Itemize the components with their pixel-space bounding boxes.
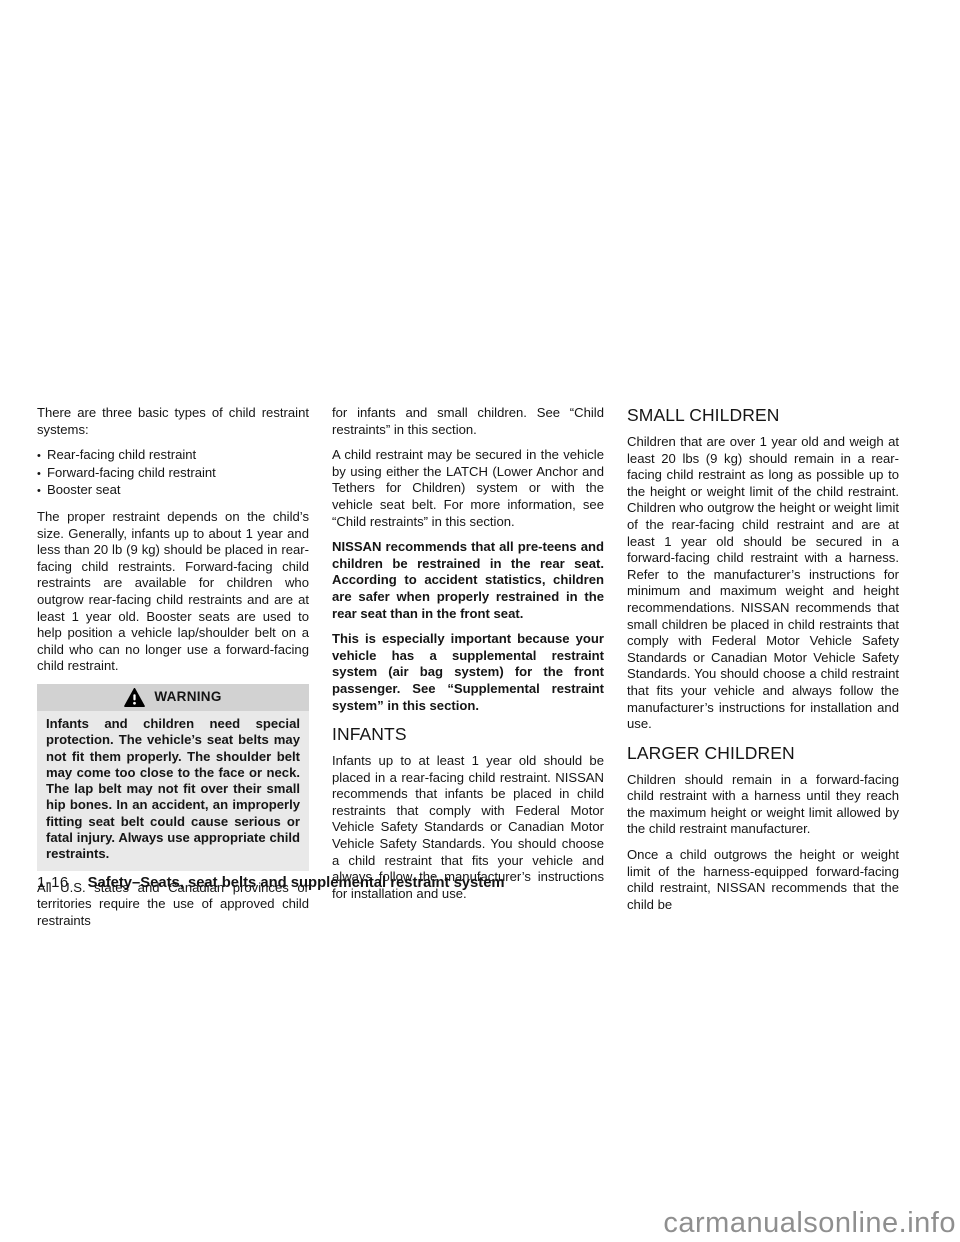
heading-small-children: SMALL CHILDREN: [627, 405, 899, 426]
bullet-icon: •: [37, 483, 47, 500]
restraint-types-list: •Rear-facing child restraint •Forward-fa…: [37, 447, 309, 500]
page-footer: 1-16 Safety–Seats, seat belts and supple…: [37, 874, 505, 891]
rear-seat-recommendation: NISSAN recommends that all pre-teens and…: [332, 539, 604, 622]
footer-section-title: Safety–Seats, seat belts and supplementa…: [88, 875, 505, 891]
manual-page: There are three basic types of child res…: [0, 0, 960, 1242]
warning-text: Infants and children need special protec…: [37, 711, 309, 871]
airbag-note: This is especially important because you…: [332, 631, 604, 714]
bullet-icon: •: [37, 448, 47, 465]
types-paragraph: The proper restraint depends on the chil…: [37, 509, 309, 675]
list-item-label: Forward-facing child restraint: [47, 465, 216, 480]
heading-infants: INFANTS: [332, 724, 604, 745]
bullet-icon: •: [37, 466, 47, 483]
list-item: •Forward-facing child restraint: [37, 465, 309, 483]
warning-triangle-icon: [124, 688, 145, 707]
watermark: carmanualsonline.info: [663, 1207, 956, 1239]
laws-paragraph-continued: for infants and small children. See “Chi…: [332, 405, 604, 438]
small-children-paragraph: Children that are over 1 year old and we…: [627, 434, 899, 733]
column-left: There are three basic types of child res…: [37, 405, 309, 938]
larger-children-paragraph: Children should remain in a forward-faci…: [627, 772, 899, 838]
intro-paragraph: There are three basic types of child res…: [37, 405, 309, 438]
list-item: •Booster seat: [37, 482, 309, 500]
column-middle: for infants and small children. See “Chi…: [332, 405, 604, 911]
latch-paragraph: A child restraint may be secured in the …: [332, 447, 604, 530]
column-right: SMALL CHILDREN Children that are over 1 …: [627, 405, 899, 922]
list-item: •Rear-facing child restraint: [37, 447, 309, 465]
larger-children-paragraph-2: Once a child outgrows the height or weig…: [627, 847, 899, 913]
page-number: 1-16: [37, 874, 69, 891]
warning-header: WARNING: [37, 684, 309, 711]
list-item-label: Booster seat: [47, 482, 121, 497]
warning-title: WARNING: [154, 689, 221, 706]
heading-larger-children: LARGER CHILDREN: [627, 743, 899, 764]
warning-box: WARNING Infants and children need specia…: [37, 684, 309, 871]
list-item-label: Rear-facing child restraint: [47, 447, 196, 462]
